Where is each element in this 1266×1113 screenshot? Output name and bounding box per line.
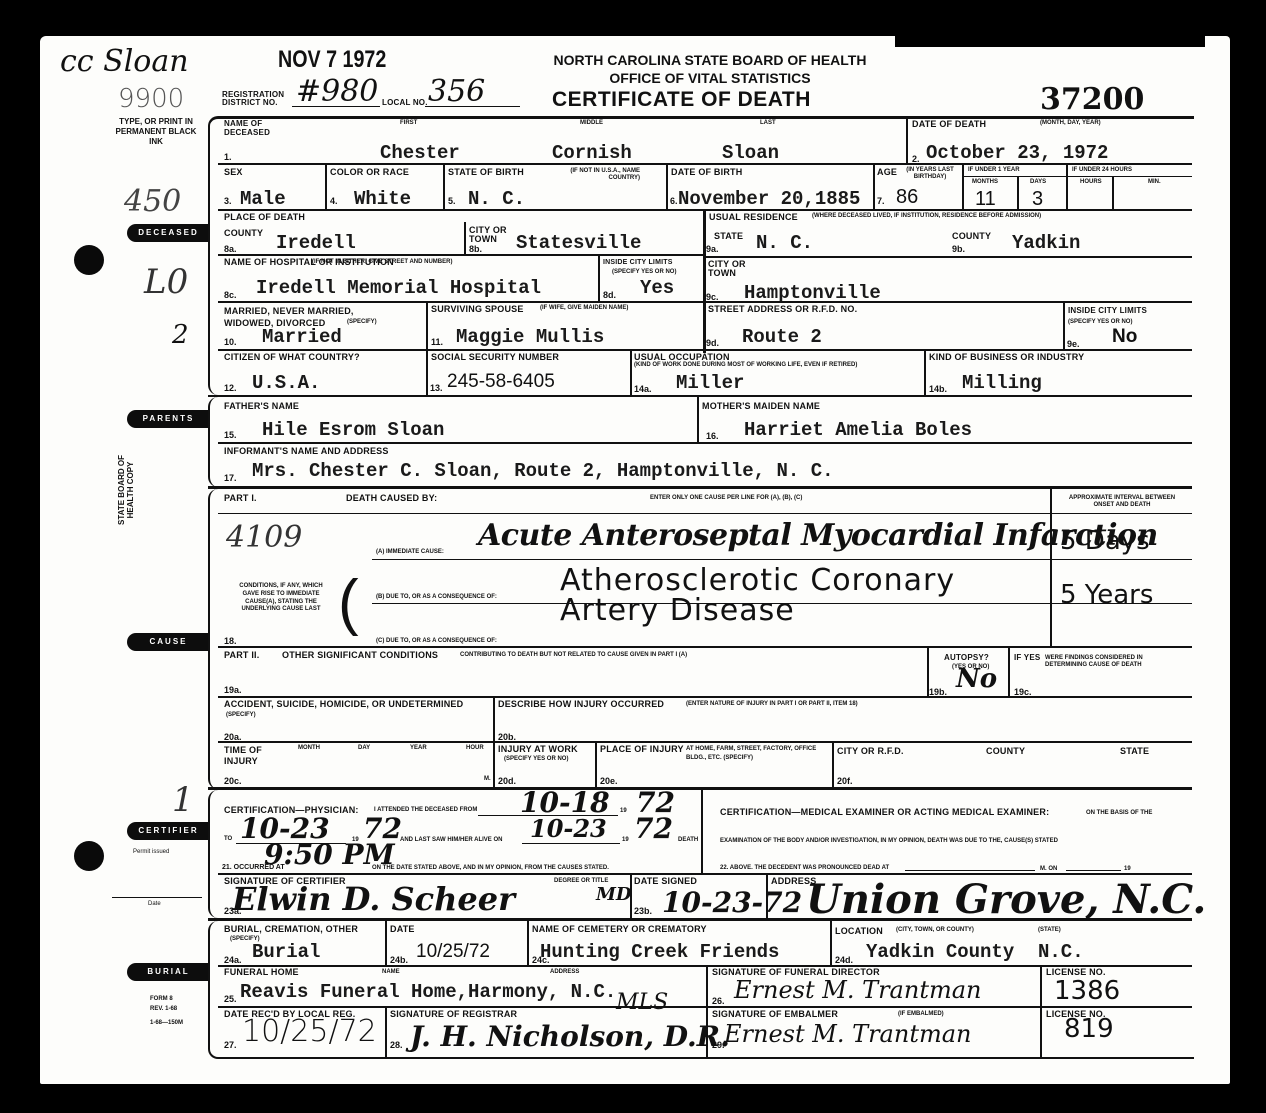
place-of-death-label: PLACE OF DEATH [224,213,305,222]
hospital-hint: (IF NOT IN EITHER, GIVE STREET AND NUMBE… [312,259,452,266]
injury-state-label: STATE [1120,747,1149,756]
location-label: LOCATION [835,927,883,936]
embalmer-signature-label: SIGNATURE OF EMBALMER [712,1010,838,1019]
state-of-birth-field[interactable]: N. C. [468,188,525,210]
street-field[interactable]: Route 2 [742,326,822,348]
accident-label: ACCIDENT, SUICIDE, HOMICIDE, OR UNDETERM… [224,700,463,709]
citizen-field[interactable]: U.S.A. [252,372,320,394]
date-line [112,897,202,898]
me-text-1: ON THE BASIS OF THE [1086,810,1152,817]
occupation-label: USUAL OCCUPATION [634,353,730,362]
mother-field[interactable]: Harriet Amelia Boles [744,419,972,441]
street-label: STREET ADDRESS OR R.F.D. No. [708,305,857,314]
hospital-field[interactable]: Iredell Memorial Hospital [256,277,541,299]
mother-label: MOTHER'S MAIDEN NAME [702,402,820,411]
informant-label: INFORMANT'S NAME AND ADDRESS [224,447,389,456]
inside-limits-hint: (SPECIFY YES OR NO) [612,269,676,276]
place-of-injury-label: PLACE OF INJURY [600,745,684,754]
death-text: DEATH [678,837,698,844]
citizen-label: CITIZEN OF WHAT COUNTRY? [224,353,360,362]
months-field[interactable]: 11 [975,188,996,211]
date-label: Date [148,901,161,907]
margin-number: 9900 [118,84,184,114]
hours-label: HOURS [1080,179,1102,186]
disposition-field[interactable]: Burial [252,941,320,963]
days-field[interactable]: 3 [1032,188,1043,211]
at-work-hint: (SPECIFY YES OR NO) [504,756,568,763]
certificate-number: 37200 [1040,82,1144,117]
injury-desc-hint: (ENTER NATURE OF INJURY IN PART I OR PAR… [686,701,858,708]
state-copy-label: STATE BOARD OF HEALTH COPY [118,450,136,530]
race-field[interactable]: White [354,188,411,210]
res-inside-limits-label: INSIDE CITY LIMITS [1068,307,1147,315]
funeral-name-label: NAME [382,969,400,976]
other-conditions-label: OTHER SIGNIFICANT CONDITIONS [282,651,438,660]
conditions-note: CONDITIONS, IF ANY, WHICH GAVE RISE TO I… [236,583,326,614]
date-signed-field[interactable]: 10-23-72 [662,886,802,919]
occupation-hint: (KIND OF WORK DONE DURING MOST OF WORKIN… [634,362,894,369]
office-name: OFFICE OF VITAL STATISTICS [530,70,890,86]
certifier-address[interactable]: Union Grove, N.C. [806,876,1206,923]
burial-date-field[interactable]: 10/25/72 [416,941,490,963]
day-label: DAY [358,745,370,752]
injury-desc-label: DESCRIBE HOW INJURY OCCURRED [498,700,664,709]
last-saw-field[interactable]: 10-23 [530,814,607,843]
location-state-hint: (STATE) [1038,927,1061,934]
me-text-2: EXAMINATION OF THE BODY AND/OR INVESTIGA… [720,838,1058,845]
date-of-death-label: DATE OF DEATH [912,120,986,129]
city-rfd-label: CITY OR R.F.D. [837,747,904,756]
scan-edge [895,0,1205,47]
date-of-death-hint: (MONTH, DAY, YEAR) [1040,120,1101,127]
me-text-3: 22. ABOVE. THE DECEDENT WAS PRONOUNCED D… [720,865,889,872]
form-revision: REV. 1-68 [150,1006,177,1014]
res-state-label: STATE [714,232,743,241]
margin-note: L0 [144,262,188,302]
informant-field[interactable]: Mrs. Chester C. Sloan, Route 2, Hamptonv… [252,460,834,482]
residence-hint: (WHERE DECEASED LIVED, IF INSTITUTION, R… [812,213,1041,220]
time-of-injury-label: TIME OF INJURY [224,745,274,767]
date-received-field[interactable]: 10/25/72 [242,1014,377,1049]
date-of-death-field[interactable]: October 23, 1972 [926,142,1108,164]
month-label: MONTH [298,745,320,752]
underlying-cause-field[interactable]: Atherosclerotic Coronary Artery Disease [560,566,1050,626]
ink-instructions: TYPE, OR PRINT IN PERMANENT BLACK INK [108,117,204,147]
part2-label: PART II. [224,651,259,660]
under-24-hours-label: IF UNDER 24 HOURS [1072,167,1132,174]
date-signed-label: DATE SIGNED [634,877,697,886]
form-print-run: 1-68—150M [150,1020,183,1028]
last-name-label: LAST [760,120,776,127]
industry-label: KIND OF BUSINESS OR INDUSTRY [929,353,1084,362]
line-b-label: (b) DUE TO, OR AS A CONSEQUENCE OF: [376,594,497,601]
line-c-label: (c) DUE TO, OR AS A CONSEQUENCE OF: [376,638,497,645]
middle-name-label: MIDDLE [580,120,603,127]
death-county-field[interactable]: Iredell [276,232,356,254]
spouse-label: SURVIVING SPOUSE [431,305,524,314]
min-label: MIN. [1148,179,1161,186]
registrar-signature[interactable]: J. H. Nicholson, D.R. [410,1020,730,1053]
father-label: FATHER'S NAME [224,402,299,411]
me-m-on: M. ON [1040,866,1057,873]
stamp-handwritten: cc Sloan [60,44,189,79]
findings-hint: WERE FINDINGS CONSIDERED IN DETERMINING … [1045,655,1185,668]
dob-label: DATE OF BIRTH [671,168,742,177]
margin-note: 2 [172,320,189,350]
under-1-year-label: IF UNDER 1 YEAR [968,167,1020,174]
county-label: COUNTY [224,229,263,238]
interval-label: APPROXIMATE INTERVAL BETWEEN ONSET AND D… [1062,495,1182,508]
ssn-field[interactable]: 245-58-6405 [447,371,555,393]
section-tab-certifier: CERTIFIER [127,822,210,840]
months-label: MONTHS [972,179,998,186]
section-tab-burial: BURIAL [127,963,210,981]
to-label: TO [224,836,232,843]
inside-limits-field[interactable]: Yes [640,277,674,299]
injury-county-label: COUNTY [986,747,1025,756]
res-city-label: CITY OR TOWN [708,260,748,279]
cemetery-field[interactable]: Hunting Creek Friends [540,941,779,963]
funeral-home-label: FUNERAL HOME [224,968,299,977]
permit-issued-label: Permit issued [133,849,169,855]
immediate-cause-field[interactable]: Acute Anteroseptal Myocardial Infarction [478,518,1158,553]
embalmer-signature[interactable]: Ernest M. Trantman [724,1020,972,1048]
disposition-label: BURIAL, CREMATION, OTHER [224,925,358,934]
section-tab-parents: PARENTS [127,410,210,428]
industry-field[interactable]: Milling [962,372,1042,394]
margin-note: 1 [172,780,194,820]
hour-label: HOUR [466,745,484,752]
res-state-field[interactable]: N. C. [756,232,813,254]
registrar-signature-label: SIGNATURE OF REGISTRAR [390,1010,517,1019]
marital-hint: (SPECIFY) [347,319,377,326]
burial-date-label: DATE [390,925,415,934]
city-label: CITY OR TOWN [469,226,509,245]
year-label: YEAR [410,745,427,752]
autopsy-label: AUTOPSY? [944,654,989,662]
at-work-label: INJURY AT WORK [498,745,578,754]
spouse-field[interactable]: Maggie Mullis [456,326,604,348]
res-county-field[interactable]: Yadkin [1012,232,1080,254]
dob-field[interactable]: November 20,1885 [678,188,860,210]
local-no-value: 356 [428,74,485,109]
sex-field[interactable]: Male [240,188,286,210]
certifier-signature[interactable]: Elwin D. Scheer [232,880,515,918]
opinion-text: ON THE DATE STATED ABOVE, AND IN MY OPIN… [372,865,609,872]
last-saw-text: AND LAST SAW HIM/HER ALIVE ON [400,837,502,844]
registrar-initials: MLS [616,990,668,1015]
divider [292,106,380,107]
me-cert-label: CERTIFICATION—MEDICAL EXAMINER OR ACTING… [720,808,1049,817]
local-no-label: LOCAL NO. [382,99,428,107]
registration-district-label: REGISTRATION DISTRICT NO. [222,91,292,108]
section-tab-deceased: DECEASED [127,224,210,242]
divider [425,106,520,107]
board-name: NORTH CAROLINA STATE BOARD OF HEALTH [530,52,890,68]
embalmer-hint: (IF EMBALMED) [898,1011,944,1018]
stamp-date: NOV 7 1972 [278,46,386,74]
marital-field[interactable]: Married [262,326,342,348]
autopsy-field[interactable]: No [956,664,997,694]
res-inside-limits-field[interactable]: No [1112,326,1137,348]
middle-name-field[interactable]: Cornish [552,142,632,164]
location-field[interactable]: Yadkin County [866,941,1014,963]
funeral-address-label: ADDRESS [550,969,579,976]
age-hint: (IN YEARS LAST BIRTHDAY) [900,167,960,180]
age-label: AGE [877,168,897,177]
form-number: FORM 8 [150,996,173,1004]
section-tab-cause: CAUSE [127,633,210,651]
death-city-field[interactable]: Statesville [516,232,641,254]
res-county-label: COUNTY [952,232,991,241]
state-of-birth-hint: (IF NOT IN U.S.A., NAME COUNTRY) [540,168,640,181]
location-state-field[interactable]: N.C. [1038,941,1084,963]
race-label: COLOR OR RACE [330,168,409,177]
age-field[interactable]: 86 [896,186,918,209]
days-label: DAYS [1030,179,1046,186]
punch-hole [74,245,104,275]
sex-label: SEX [224,168,243,177]
last-name-field[interactable]: Sloan [722,142,779,164]
punch-hole [74,841,104,871]
interval-b-field[interactable]: 5 Years [1060,580,1153,610]
first-name-field[interactable]: Chester [380,142,460,164]
other-conditions-hint: CONTRIBUTING TO DEATH BUT NOT RELATED TO… [460,652,687,659]
caused-by-label: DEATH CAUSED BY: [346,494,437,503]
ssn-label: SOCIAL SECURITY NUMBER [431,353,559,362]
state-of-birth-label: STATE OF BIRTH [448,168,524,177]
place-of-injury-hint: AT HOME, FARM, STREET, FACTORY, OFFICE B… [686,745,834,763]
page-title: CERTIFICATE OF DEATH [552,88,811,112]
name-label: NAME OF DECEASED [224,120,284,138]
spouse-hint: (IF WIFE, GIVE MAIDEN NAME) [540,305,628,312]
location-hint: (CITY, TOWN, OR COUNTY) [896,927,974,934]
father-field[interactable]: Hile Esrom Sloan [262,419,444,441]
degree-field[interactable]: MD [596,884,632,905]
bracket: ( [338,567,359,638]
first-name-label: FIRST [400,120,417,127]
findings-label: IF YES [1014,654,1040,662]
funeral-home-field[interactable]: Reavis Funeral Home,Harmony, N.C. [240,981,616,1003]
res-inside-limits-hint: (SPECIFY YES OR NO) [1068,319,1132,326]
cemetery-label: NAME OF CEMETERY OR CREMATORY [532,925,707,934]
margin-note: 450 [124,184,181,219]
accident-hint: (SPECIFY) [226,712,256,719]
part1-label: PART I. [224,494,257,503]
registration-district-value: #980 [296,74,378,109]
occupation-field[interactable]: Miller [676,372,744,394]
residence-label: USUAL RESIDENCE [709,213,798,222]
last-saw-year-field[interactable]: 72 [634,812,673,845]
line-a-label: (a) IMMEDIATE CAUSE: [376,549,444,556]
interval-a-field[interactable]: 5 Days [1060,526,1150,556]
director-license-field[interactable]: 1386 [1054,976,1120,1006]
cause-instruction: ENTER ONLY ONE CAUSE PER LINE FOR (a), (… [650,495,802,502]
embalmer-license-field[interactable]: 819 [1064,1014,1114,1044]
inside-limits-label: INSIDE CITY LIMITS [603,259,673,266]
director-signature[interactable]: Ernest M. Trantman [734,976,982,1004]
